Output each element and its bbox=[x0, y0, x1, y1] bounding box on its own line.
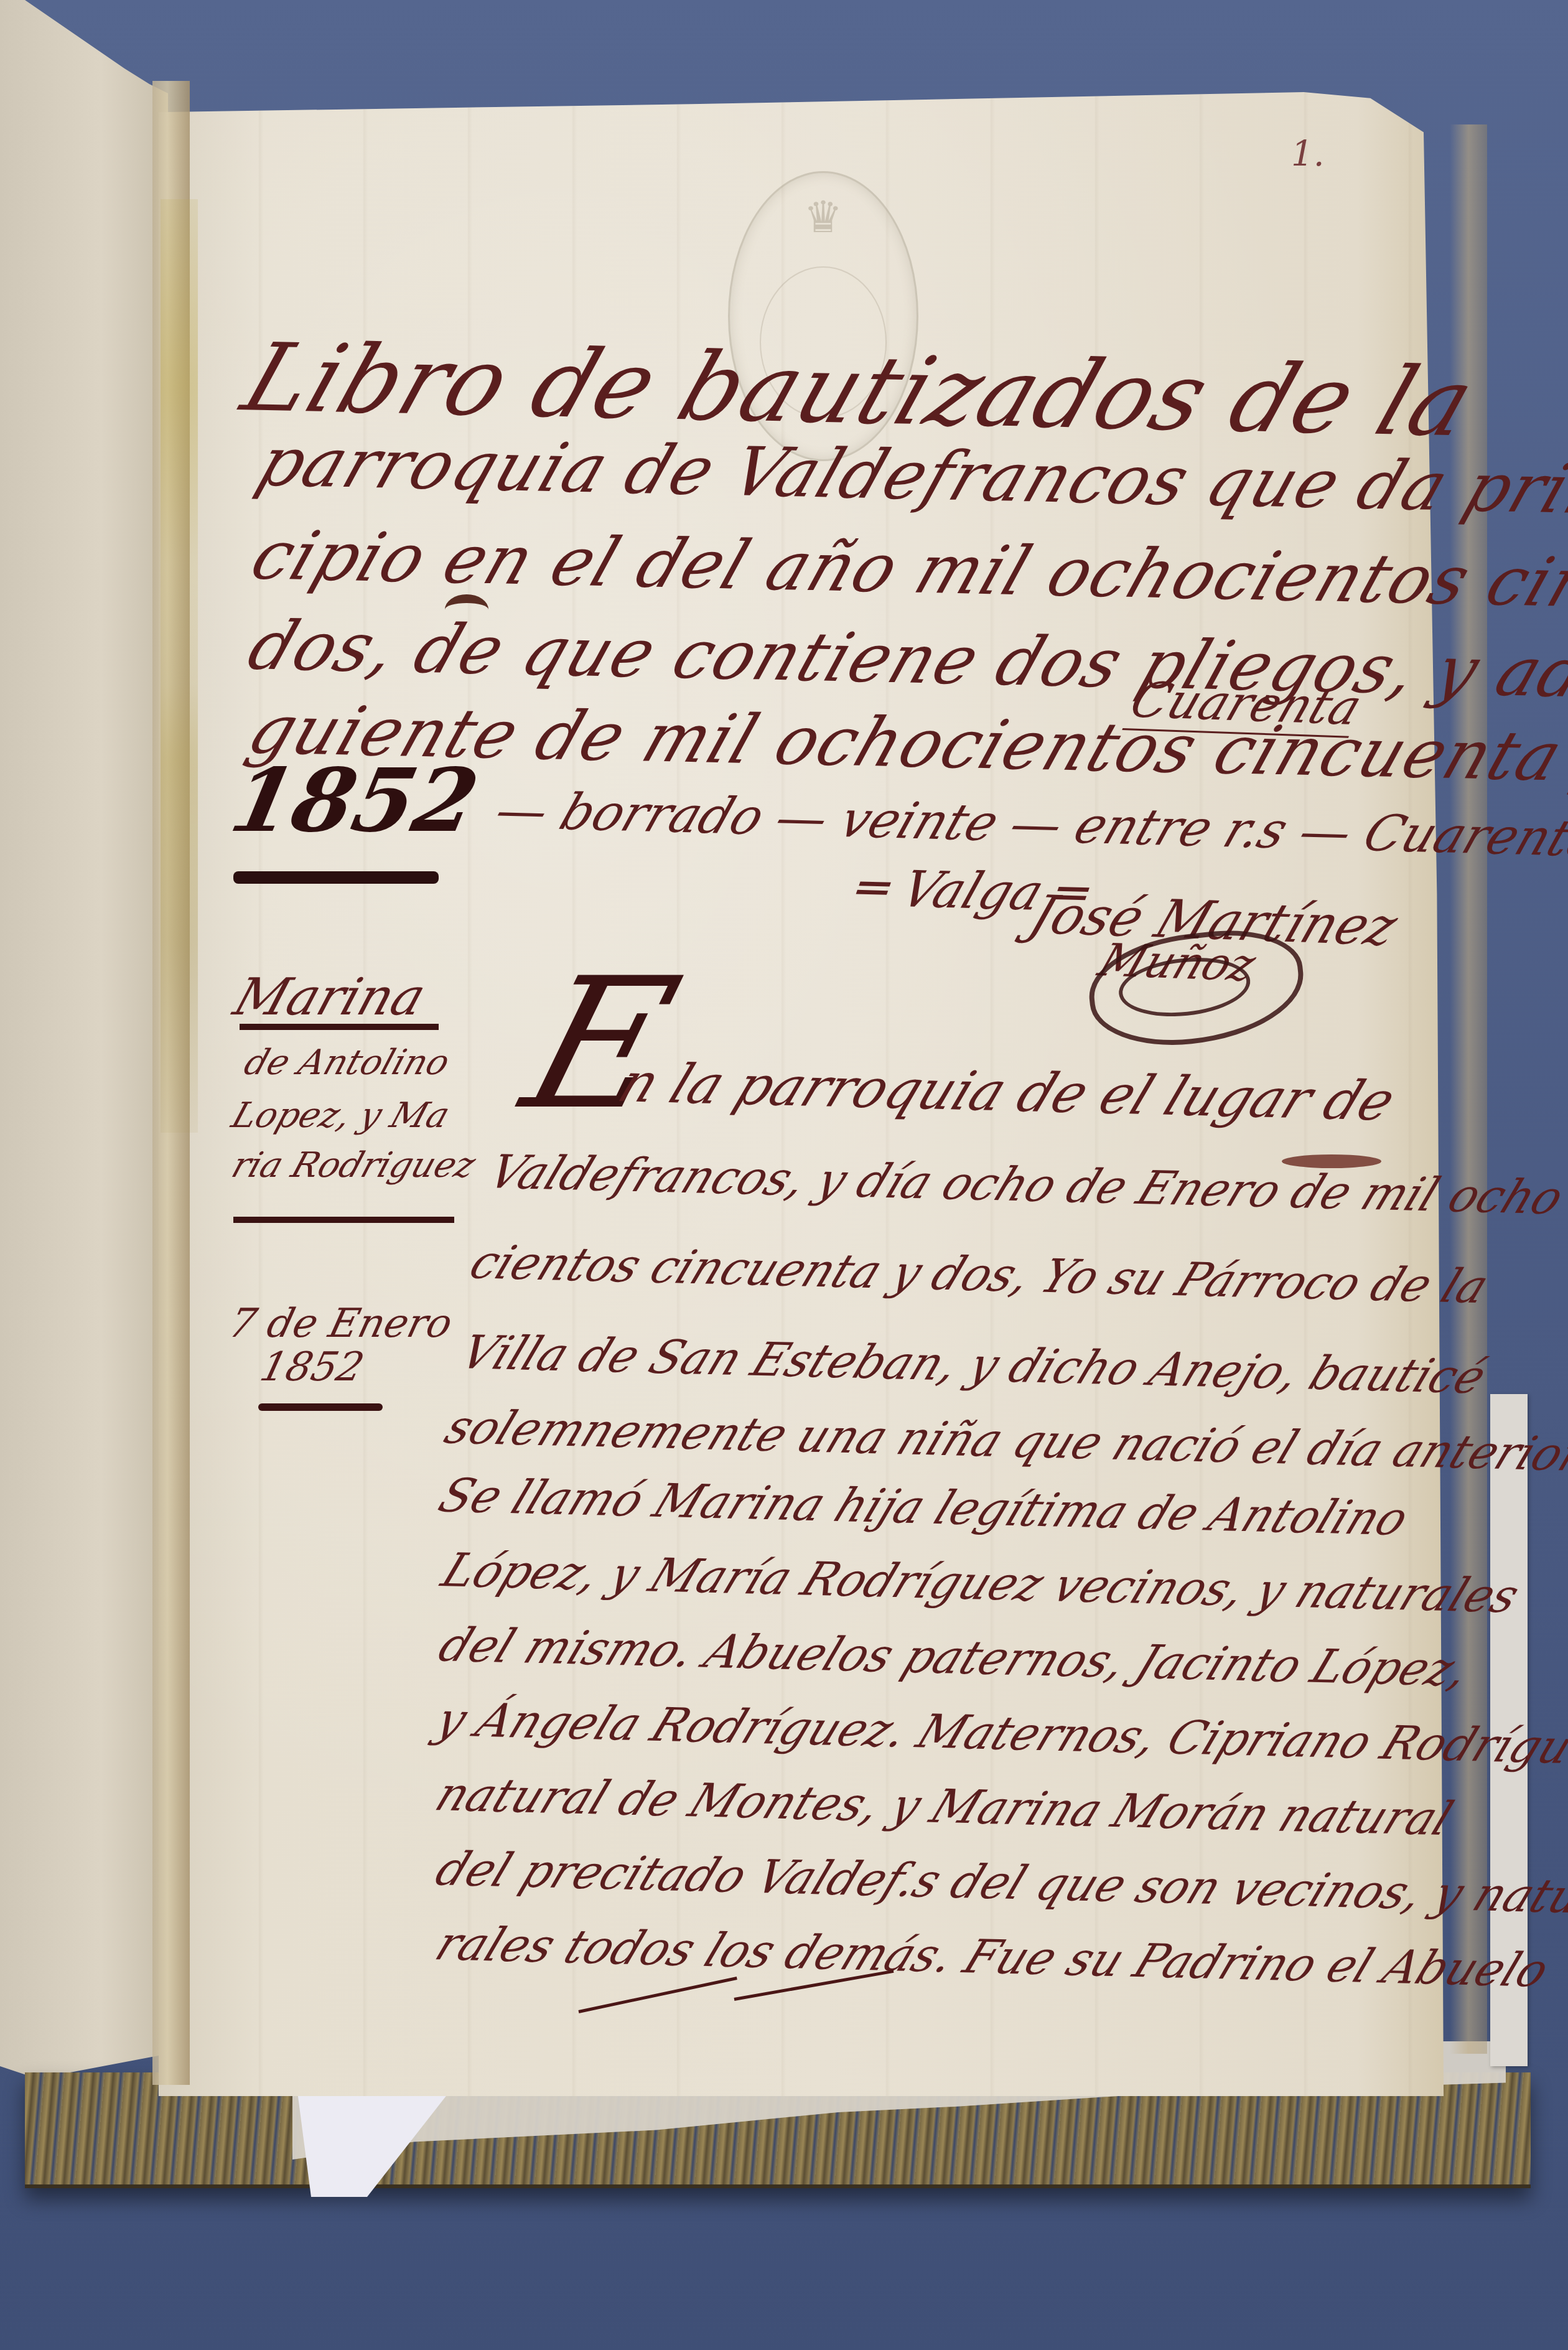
foxing-stains bbox=[161, 199, 198, 1133]
margin-parents-line-1: de Antolino bbox=[239, 1042, 454, 1083]
left-page-leaf bbox=[0, 0, 168, 2079]
page-number: 1. bbox=[1291, 134, 1324, 174]
margin-entry-name: Marina bbox=[227, 968, 433, 1027]
margin-parents-line-3: ria Rodriguez bbox=[226, 1145, 480, 1186]
margin-year-underline bbox=[233, 871, 439, 884]
margin-year: 1852 bbox=[223, 750, 487, 852]
margin-date-year: 1852 bbox=[256, 1344, 368, 1390]
margin-parents-line-2: Lopez, y Ma bbox=[226, 1095, 454, 1136]
margin-parents-underline bbox=[233, 1217, 454, 1223]
ink-burn-spot bbox=[445, 594, 488, 625]
margin-name-underline bbox=[240, 1024, 439, 1030]
crown-seal-icon: ♛ bbox=[804, 192, 843, 243]
margin-date: 7 de Enero bbox=[225, 1301, 457, 1347]
margin-date-underline bbox=[258, 1403, 383, 1411]
